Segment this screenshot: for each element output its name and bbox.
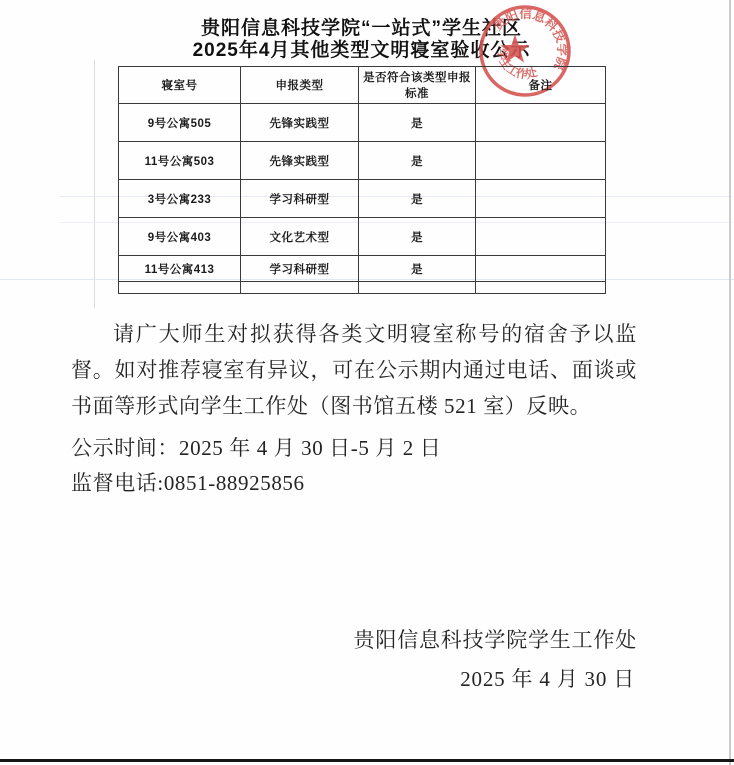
table-row: 11号公寓413 学习科研型 是 xyxy=(119,256,606,282)
cell-remark xyxy=(476,142,606,180)
cell-remark xyxy=(476,218,606,256)
cell-dorm: 3号公寓233 xyxy=(119,180,241,218)
table-row: 9号公寓505 先锋实践型 是 xyxy=(119,104,606,142)
page-border-right xyxy=(729,0,731,765)
cell-empty xyxy=(359,282,476,294)
signature-date: 2025 年 4 月 30 日 xyxy=(460,663,635,693)
cell-remark xyxy=(476,104,606,142)
cell-empty xyxy=(241,282,359,294)
table-row: 11号公寓503 先锋实践型 是 xyxy=(119,142,606,180)
cell-type: 文化艺术型 xyxy=(241,218,359,256)
publicity-period: 公示时间：2025 年 4 月 30 日-5 月 2 日 xyxy=(71,432,441,462)
cell-remark xyxy=(476,256,606,282)
header-dorm-number: 寝室号 xyxy=(119,67,241,104)
table-empty-row xyxy=(119,282,606,294)
cell-dorm: 11号公寓413 xyxy=(119,256,241,282)
inspection-table: 寝室号 申报类型 是否符合该类型申报标准 备注 9号公寓505 先锋实践型 是 … xyxy=(118,66,606,294)
cell-empty xyxy=(119,282,241,294)
supervision-phone: 监督电话:0851-88925856 xyxy=(71,467,305,497)
cell-meets: 是 xyxy=(359,142,476,180)
cell-type: 先锋实践型 xyxy=(241,104,359,142)
table-row: 3号公寓233 学习科研型 是 xyxy=(119,180,606,218)
scanned-notice-page: 贵阳信息科技学院“一站式”学生社区 2025年4月其他类型文明寝室验收公示 贵阳… xyxy=(0,0,734,765)
cell-meets: 是 xyxy=(359,180,476,218)
cell-type: 学习科研型 xyxy=(241,256,359,282)
cell-type: 先锋实践型 xyxy=(241,142,359,180)
page-border-bottom xyxy=(0,759,734,762)
header-declared-type: 申报类型 xyxy=(241,67,359,104)
cell-meets: 是 xyxy=(359,256,476,282)
cell-type: 学习科研型 xyxy=(241,180,359,218)
cell-remark xyxy=(476,180,606,218)
header-meets-standard: 是否符合该类型申报标准 xyxy=(359,67,476,104)
cell-meets: 是 xyxy=(359,218,476,256)
table-row: 9号公寓403 文化艺术型 是 xyxy=(119,218,606,256)
cell-dorm: 9号公寓505 xyxy=(119,104,241,142)
cell-meets: 是 xyxy=(359,104,476,142)
supervision-paragraph: 请广大师生对拟获得各类文明寝室称号的宿舍予以监督。如对推荐寝室有异议，可在公示期… xyxy=(71,316,637,424)
header-remarks: 备注 xyxy=(476,67,606,104)
cell-dorm: 11号公寓503 xyxy=(119,142,241,180)
table-header-row: 寝室号 申报类型 是否符合该类型申报标准 备注 xyxy=(119,67,606,104)
signature-department: 贵阳信息科技学院学生工作处 xyxy=(354,624,637,654)
cell-dorm: 9号公寓403 xyxy=(119,218,241,256)
scan-edge-line xyxy=(94,60,95,308)
cell-empty xyxy=(476,282,606,294)
